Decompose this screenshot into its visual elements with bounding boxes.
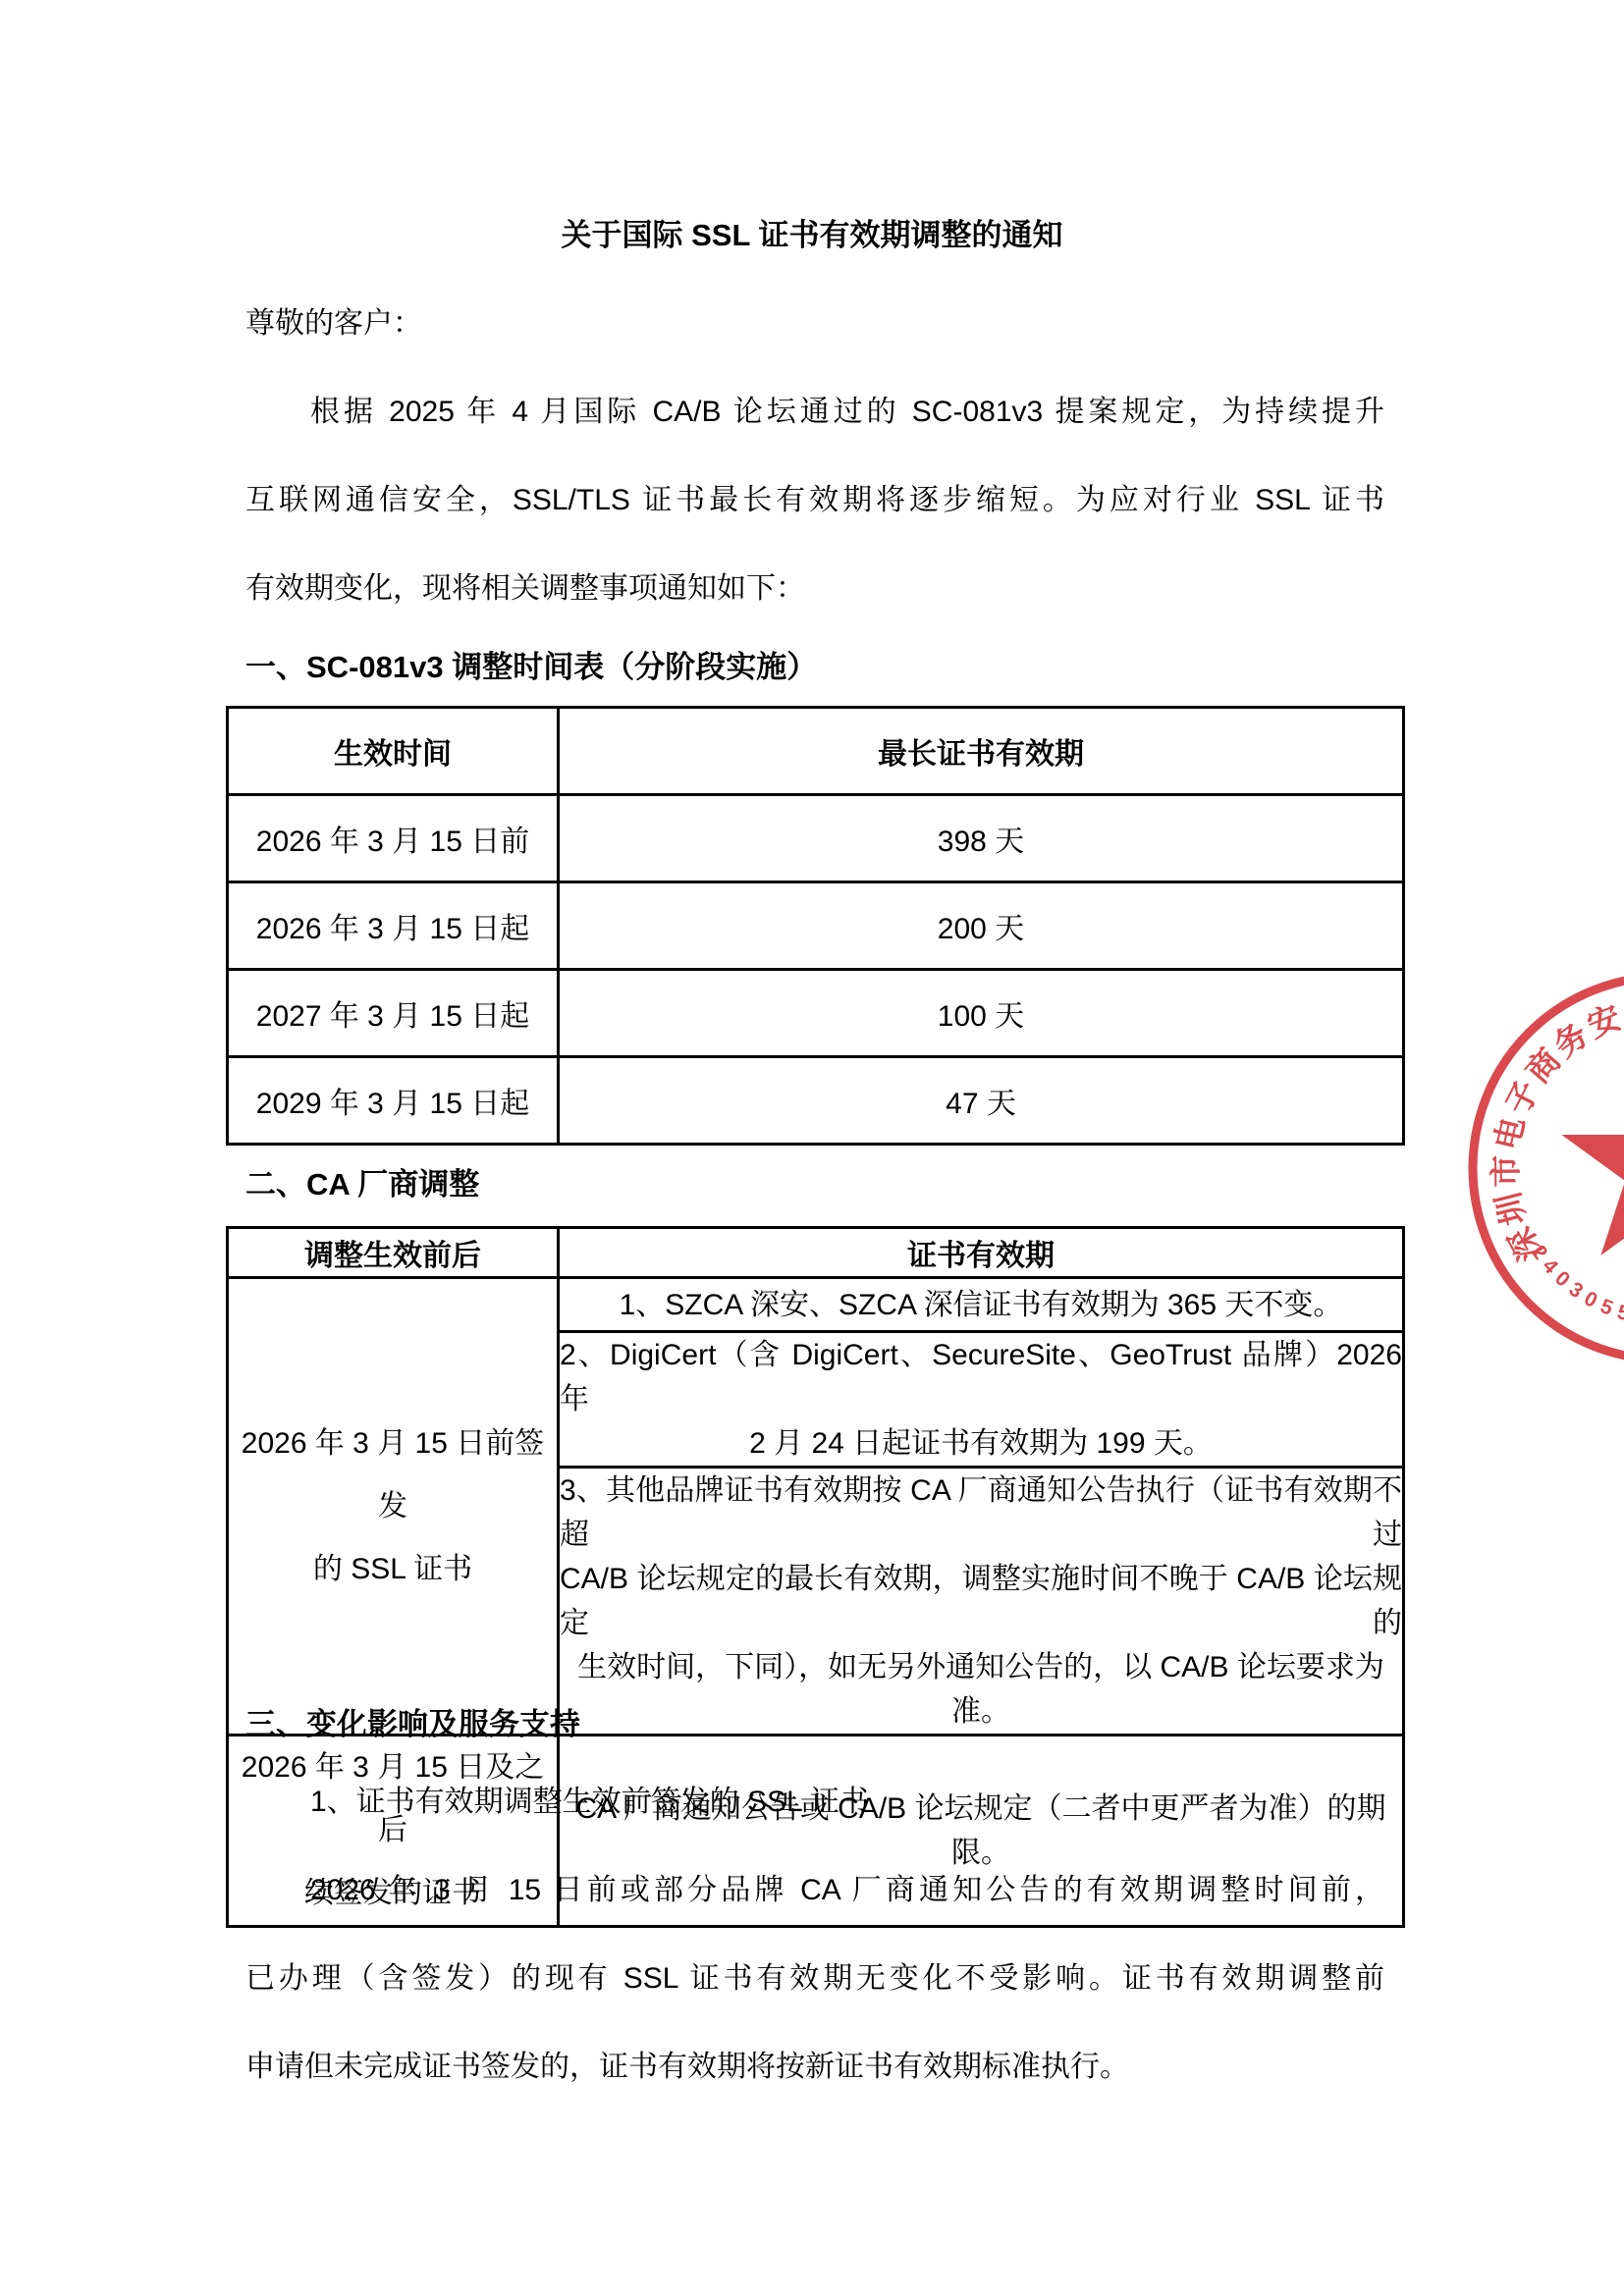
stamp-star-icon: [1561, 1060, 1624, 1255]
validity-schedule-table: 生效时间 最长证书有效期 2026 年 3 月 15 日前 398 天 2026…: [226, 706, 1405, 1146]
section3-line-1: 1、证书有效期调整生效前签发的 SSL 证书: [245, 1783, 1384, 1822]
cell-max-validity: 398 天: [559, 795, 1404, 882]
table-header-row: 生效时间 最长证书有效期: [228, 708, 1404, 795]
intro-line-1: 根据 2025 年 4 月国际 CA/B 论坛通过的 SC-081v3 提案规定…: [245, 393, 1384, 432]
cell-effective-date: 2026 年 3 月 15 日起: [228, 882, 559, 970]
cell-before-label: 2026 年 3 月 15 日前签发 的 SSL 证书: [228, 1278, 559, 1735]
section3-heading: 三、变化影响及服务支持: [245, 1705, 580, 1744]
company-seal-stamp: 深圳市电子商务安全证书管理 2403055: [1414, 962, 1624, 1394]
ca-vendor-table: 调整生效前后 证书有效期 2026 年 3 月 15 日前签发 的 SSL 证书…: [226, 1226, 1405, 1928]
column-header-adjust-period: 调整生效前后: [228, 1228, 559, 1278]
table-row: 2026 年 3 月 15 日起 200 天: [228, 882, 1404, 970]
column-header-max-validity: 最长证书有效期: [559, 708, 1404, 795]
cell-effective-date: 2027 年 3 月 15 日起: [228, 970, 559, 1057]
table-row: 2026 年 3 月 15 日前签发 的 SSL 证书 1、SZCA 深安、SZ…: [228, 1278, 1404, 1332]
intro-line-2: 互联网通信安全，SSL/TLS 证书最长有效期将逐步缩短。为应对行业 SSL 证…: [245, 481, 1384, 520]
section1-heading: 一、SC-081v3 调整时间表（分阶段实施）: [245, 648, 817, 687]
other-brands-line-2: CA/B 论坛规定的最长有效期，调整实施时间不晚于 CA/B 论坛规定的: [560, 1557, 1402, 1645]
column-header-cert-validity: 证书有效期: [559, 1228, 1404, 1278]
document-page: 关于国际 SSL 证书有效期调整的通知 尊敬的客户： 根据 2025 年 4 月…: [0, 0, 1624, 2296]
table-row: 2027 年 3 月 15 日起 100 天: [228, 970, 1404, 1057]
section3-line-3: 已办理（含签发）的现有 SSL 证书有效期无变化不受影响。证书有效期调整前: [245, 1959, 1384, 1999]
cell-other-brands-item: 3、其他品牌证书有效期按 CA 厂商通知公告执行（证书有效期不超过 CA/B 论…: [559, 1468, 1404, 1735]
stamp-arc-text: 深圳市电子商务安全证书管理: [1488, 990, 1624, 1267]
section2-heading: 二、CA 厂商调整: [245, 1165, 479, 1204]
cell-max-validity: 47 天: [559, 1057, 1404, 1145]
digicert-item-line-2: 2 月 24 日起证书有效期为 199 天。: [560, 1421, 1402, 1466]
cell-max-validity: 100 天: [559, 970, 1404, 1057]
table-header-row: 调整生效前后 证书有效期: [228, 1228, 1404, 1278]
cell-digicert-item: 2、DigiCert（含 DigiCert、SecureSite、GeoTrus…: [559, 1332, 1404, 1468]
before-label-line-1: 2026 年 3 月 15 日前签发: [229, 1413, 557, 1538]
szca-item-text: 1、SZCA 深安、SZCA 深信证书有效期为 365 天不变。: [560, 1283, 1402, 1327]
other-brands-line-3: 生效时间，下同），如无另外通知公告的，以 CA/B 论坛要求为准。: [560, 1645, 1402, 1734]
before-label-line-2: 的 SSL 证书: [229, 1538, 557, 1601]
table-row: 2026 年 3 月 15 日前 398 天: [228, 795, 1404, 882]
cell-max-validity: 200 天: [559, 882, 1404, 970]
cell-effective-date: 2026 年 3 月 15 日前: [228, 795, 559, 882]
section3-line-2: 2026 年 3 月 15 日前或部分品牌 CA 厂商通知公告的有效期调整时间前…: [245, 1871, 1384, 1910]
cell-effective-date: 2029 年 3 月 15 日起: [228, 1057, 559, 1145]
cell-szca-item: 1、SZCA 深安、SZCA 深信证书有效期为 365 天不变。: [559, 1278, 1404, 1332]
document-title: 关于国际 SSL 证书有效期调整的通知: [0, 216, 1624, 255]
other-brands-line-1: 3、其他品牌证书有效期按 CA 厂商通知公告执行（证书有效期不超过: [560, 1468, 1402, 1557]
table-row: 2029 年 3 月 15 日起 47 天: [228, 1057, 1404, 1145]
intro-line-3: 有效期变化，现将相关调整事项通知如下：: [245, 569, 1384, 609]
svg-text:深圳市电子商务安全证书管理: 深圳市电子商务安全证书管理: [1488, 990, 1624, 1267]
greeting-line: 尊敬的客户：: [245, 304, 1384, 344]
column-header-effective-date: 生效时间: [228, 708, 559, 795]
section3-line-4: 申请但未完成证书签发的，证书有效期将按新证书有效期标准执行。: [245, 2048, 1384, 2087]
digicert-item-line-1: 2、DigiCert（含 DigiCert、SecureSite、GeoTrus…: [560, 1333, 1402, 1421]
